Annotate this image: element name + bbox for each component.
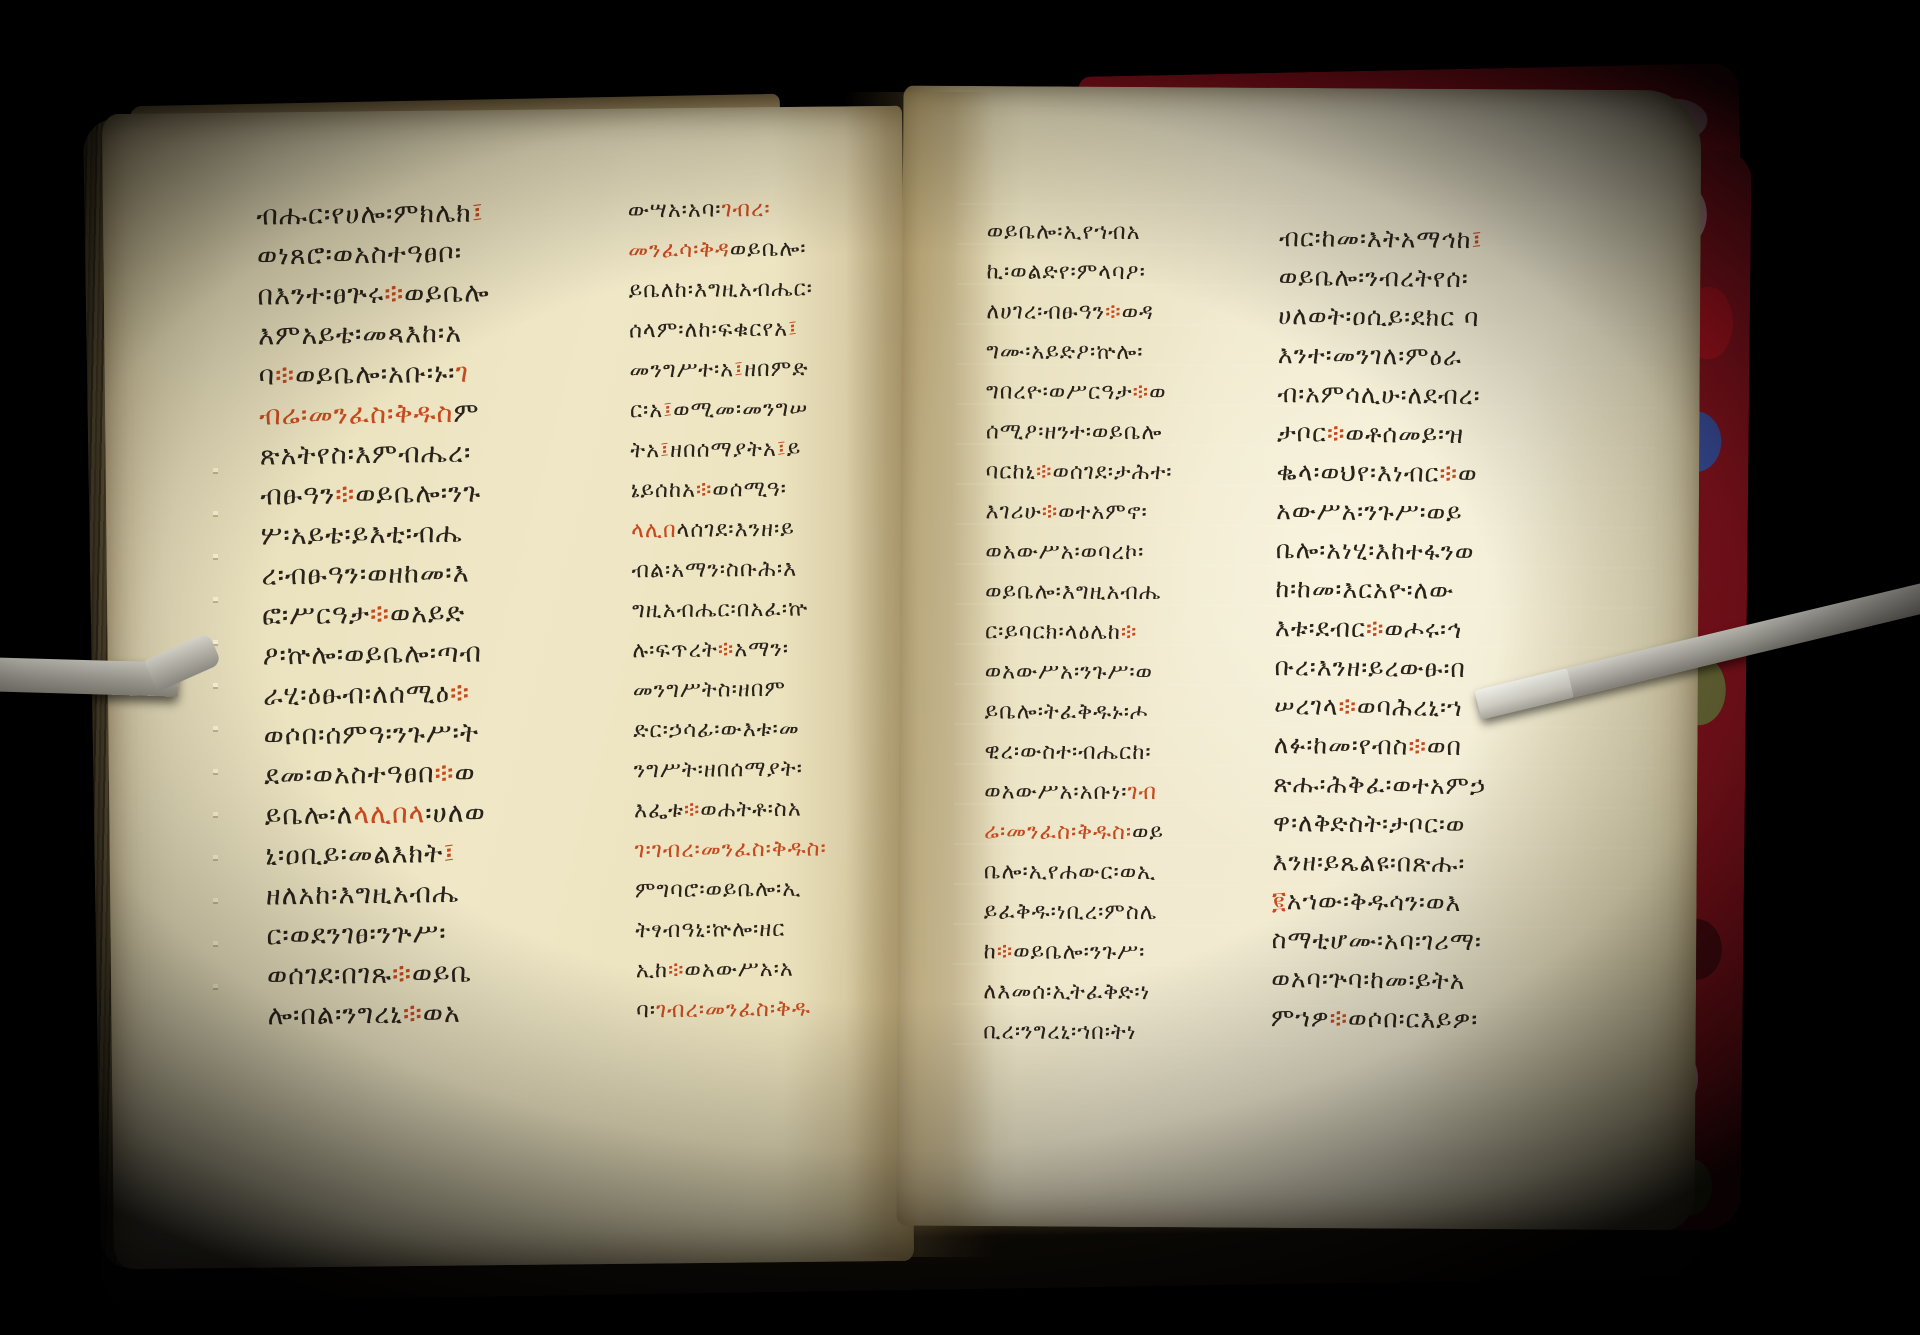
manuscript-line: ወአውሥአ፡ንጉሥ፡ወ <box>985 652 1265 693</box>
ink-text-run: ቤሎ፡አነሂ፡እከተፋንወ <box>1276 535 1475 566</box>
manuscript-line: ብል፡አማን፡ስቡሕ፡እ <box>631 549 903 592</box>
manuscript-line: ወአባ፡ጕባ፡ከመ፡ይትአ <box>1271 959 1636 1002</box>
ink-text-run: ባ <box>258 360 275 391</box>
ink-text-run: ኢከ <box>636 958 669 983</box>
rubric-text-run: ፨ <box>1042 500 1059 525</box>
manuscript-line: ኒ፡ዐቢይ፡መልእክት፤ <box>265 831 638 876</box>
rubric-text-run: ፨ <box>1105 300 1122 325</box>
manuscript-line: አውሥአ፡ንጉሥ፡ወይ <box>1276 491 1641 534</box>
ink-text-run: ትአ <box>630 438 660 463</box>
ink-text-run: እፌቱ <box>634 798 684 824</box>
ink-text-run: ወይቤሎ፡ንጉ <box>355 478 481 511</box>
manuscript-line: ደመ፡ወአስተዓፀበ፨ወ <box>264 751 637 796</box>
ink-text-run: ቡረ፡እንዘ፡ይረውፁ፡በ <box>1274 652 1465 683</box>
manuscript-line: እንተ፡መንገለ፡ምዕራ <box>1278 335 1643 378</box>
ink-text-run: ንግሥት፡ዘበሰማያት፡ <box>634 757 803 784</box>
ink-text-run: ምኀዎ <box>1271 1003 1330 1033</box>
ink-text-run: ይቤሎ፡ለ <box>265 799 354 831</box>
manuscript-line: ብሬ፡መንፈስ፡ቅዱስም <box>259 391 632 436</box>
manuscript-line: ይፈቅዱ፡ነቢረ፡ምስሌ <box>984 892 1264 933</box>
ink-text-run: ወአውሥአ፡ወባረኮ፡ <box>985 539 1144 565</box>
rubric-text-run: ላሊበ <box>631 518 677 543</box>
ink-text-run: ረ፡ብፁዓን፡ወዘከመ፡እ <box>261 558 470 592</box>
rubric-text-run: ፨ <box>450 678 470 709</box>
manuscript-line: ቈላ፡ወህየ፡እነብር፨ወ <box>1276 452 1641 495</box>
rubric-text-run: ፤ <box>663 398 673 423</box>
manuscript-line: ዊረ፡ውስተ፡ብሔርከ፡ <box>984 732 1264 773</box>
ink-text-run: ታቦር <box>1277 418 1327 448</box>
ink-text-run: እንዘ፡ይጼልዩ፡በጽሑ፡ <box>1272 847 1465 878</box>
manuscript-line: ዋ፡ለቅድስት፡ታቦር፡ወ <box>1273 803 1638 846</box>
manuscript-line: ብፁዓን፨ወይቤሎ፡ንጉ <box>260 471 633 516</box>
rubric-text-run: ፤ <box>443 838 456 869</box>
ink-text-run: ወይቤሎ፡ንጉሥ፡ <box>1013 940 1145 966</box>
manuscript-line: ግዚአብሔር፡በአፈ፡ኵ <box>632 589 904 632</box>
rubric-text-run: ፨ <box>1439 459 1458 488</box>
ink-text-run: ወአውሥአ፡አቡነ፡ <box>984 779 1127 805</box>
manuscript-line: መንፈሳ፡ቅዳወይቤሎ፡ <box>628 229 900 272</box>
manuscript-line: ር፡አ፤ወሚመ፡መንግሠ <box>630 389 902 432</box>
ink-text-run: ኔይሰከአ <box>631 478 696 504</box>
manuscript-line: እቱ፡ደብር፨ወሖሩ፡ኅ <box>1275 608 1640 651</box>
rubric-text-run: ገብረ፡ <box>721 197 770 223</box>
ink-text-run: መንግሥትስ፡ዘበም <box>633 677 786 704</box>
ink-text-run: ብ፡አምሳሊሁ፡ለደብረ፡ <box>1277 379 1480 410</box>
ink-text-run: ዘበሰማያትአ <box>670 437 777 463</box>
rubric-text-run: ፤ <box>788 317 798 342</box>
manuscript-line: ቤሎ፡ኢየሐውር፡ወኢ <box>984 852 1264 893</box>
rubric-text-run: ፪ <box>1272 886 1287 915</box>
ink-text-run: ወይቤ <box>412 958 473 990</box>
ink-text-run: ውሣአ፡አባ፡ <box>628 197 722 223</box>
ink-text-run: ሎ፡በል፡ንግረኒ <box>267 999 403 1032</box>
rubric-text-run: ፨ <box>1036 460 1053 485</box>
manuscript-line: ሉ፡ፍጥረት፨አማን፡ <box>632 629 904 672</box>
rubric-text-run: ፨ <box>668 958 685 983</box>
manuscript-line: እፌቱ፨ወሐትቶ፡ስአ <box>634 789 906 832</box>
manuscript-line: ግሙ፡አይድዖ፡ኵሎ፡ <box>986 332 1266 373</box>
ink-text-run: ሰላም፡ለከ፡ፍቁርየአ <box>629 317 788 344</box>
ink-text-run: ብር፡ከመ፡እትአማኅከ <box>1279 223 1472 254</box>
ink-text-run: ወይ <box>1132 820 1164 845</box>
ink-text-run: ወይቤሎ፡ <box>730 237 807 263</box>
ink-text-run: ይ <box>787 437 802 462</box>
ink-text-run: ሉ፡ፍጥረት <box>632 638 718 664</box>
ink-text-run: ትፃብዓኒ፡ኵሎ፡ዘር <box>635 917 785 944</box>
ink-text-run: ቈላ፡ወህየ፡እነብር <box>1276 457 1439 488</box>
manuscript-line: እንዘ፡ይጼልዩ፡በጽሑ፡ <box>1272 842 1637 885</box>
manuscript-line: ትአ፤ዘበሰማያትአ፤ይ <box>630 429 902 472</box>
ink-text-run: ወአ <box>423 998 461 1030</box>
manuscript-line: ኪ፡ወልድየ፡ምላባዖ፡ <box>986 252 1266 293</box>
ink-text-run: ወዳ <box>1122 300 1154 325</box>
ink-text-run: ወባሕረኒ፡ኀ <box>1357 692 1463 722</box>
manuscript-line: ሬ፡መንፈስ፡ቅዱስ፡ወይ <box>984 812 1264 853</box>
ink-text-run: ሠረገላ <box>1274 691 1339 721</box>
ink-text-run: ይቤለከ፡እግዚአብሔር፡ <box>629 277 814 304</box>
ink-text-run: ዘለአከ፡እግዚአብሔ <box>266 878 460 912</box>
rubric-text-run: ፤ <box>777 437 787 462</box>
ink-text-run: ከ፡ከመ፡እርአዮ፡ለው <box>1275 574 1454 605</box>
manuscript-line: ምኀዎ፨ወሶበ፡ርእይዎ፡ <box>1271 998 1636 1041</box>
rubric-text-run: ፨ <box>335 479 355 510</box>
rubric-text-run: ፨ <box>1408 731 1427 760</box>
manuscript-line: ቤሎ፡አነሂ፡እከተፋንወ <box>1276 530 1641 573</box>
ink-text-run: አኀው፡ቅዱሳን፡ወእ <box>1287 886 1462 917</box>
ink-text-run: ወአይድ <box>390 598 466 630</box>
manuscript-line: ራሂ፡ዕፁብ፡ለሰሚዕ፨ <box>263 671 636 716</box>
manuscript-line: ትፃብዓኒ፡ኵሎ፡ዘር <box>635 909 907 952</box>
manuscript-line: ለእመሰ፡ኢትፈቅድ፡ነ <box>983 972 1263 1013</box>
ink-text-run: ቢረ፡ንግረኒ፡ኀበ፡ትነ <box>983 1019 1136 1045</box>
manuscript-line: ወሰገደ፡በገጹ፨ወይቤ <box>267 951 640 996</box>
ink-text-run: በእንተ፡ፀጕሩ <box>257 279 384 312</box>
manuscript-line: ወአውሥአ፡ወባረኮ፡ <box>985 532 1265 573</box>
ink-text-run: ወሚመ፡መንግሠ <box>673 397 808 423</box>
manuscript-line: ወይቤሎ፡እግዚአብሔ <box>985 572 1265 613</box>
manuscript-line: ከ፡ከመ፡እርአዮ፡ለው <box>1275 569 1640 612</box>
rubric-text-run: ገብ <box>1127 780 1157 805</box>
manuscript-line: ር፡ወደንገፀ፡ንጕሥ፡ <box>266 911 639 956</box>
ink-text-run: ለፉ፡ከመ፡የብስ <box>1274 730 1409 760</box>
rubric-text-run: ፨ <box>434 758 454 789</box>
manuscript-line: ግበረዮ፡ወሥርዓታ፨ወ <box>986 372 1266 413</box>
ink-text-run: ራሂ፡ዕፁብ፡ለሰሚዕ <box>263 678 450 712</box>
manuscript-line: ወይቤሎ፡ንብረትየሰ፡ <box>1278 257 1643 300</box>
rubric-text-run: ፨ <box>1121 620 1138 645</box>
ink-text-run: ብል፡አማን፡ስቡሕ፡እ <box>631 557 797 584</box>
manuscript-line: ገ፡ገብረ፡መንፈስ፡ቅዱስ፡ <box>634 829 906 872</box>
ink-text-run: ለእመሰ፡ኢትፈቅድ፡ነ <box>983 979 1150 1005</box>
manuscript-line: ምግባሮ፡ወይቤሎ፡ኢ <box>635 869 907 912</box>
ink-text-run: ላሰገደ፡እንዘ፡ይ <box>676 517 794 543</box>
manuscript-line: በእንተ፡ፀጕሩ፨ወይቤሎ <box>257 271 630 316</box>
ink-text-run: አውሥአ፡ንጉሥ፡ወይ <box>1276 496 1463 527</box>
ink-text-run: አማን፡ <box>734 637 789 663</box>
ink-text-run: ወአውሥአ፡አ <box>684 957 793 983</box>
rubric-text-run: ሬ፡መንፈስ፡ቅዱስ፡ <box>984 819 1132 845</box>
ink-text-run: ወአባ፡ጕባ፡ከመ፡ይትአ <box>1271 964 1465 995</box>
ink-text-run: ወአውሥአ፡ንጉሥ፡ወ <box>985 659 1153 685</box>
ink-text-run: ወይቤሎ፡ንብረትየሰ፡ <box>1279 262 1469 293</box>
ink-text-run: ግሙ፡አይድዖ፡ኵሎ፡ <box>986 339 1143 365</box>
manuscript-line: ባ፨ወይቤሎ፡አቡ፡ኑ፡ገ <box>258 351 631 396</box>
ink-text-run: ሀለወት፡ዐሲይ፡ደክር ባ <box>1278 301 1479 332</box>
ink-text-run: ወቶሰመይ፡ዝ <box>1345 419 1464 449</box>
manuscript-line: ሰሚዖ፡ዘንተ፡ወይቤሎ <box>986 412 1266 453</box>
ink-text-run: ወተአምኖ፡ <box>1058 500 1148 525</box>
ink-text-run: ወሰገደ፡በገጹ <box>267 959 392 992</box>
ink-text-run: ዋ፡ለቅድስት፡ታቦር፡ወ <box>1273 808 1466 839</box>
ink-text-run: ፎ፡ሥርዓታ <box>262 599 370 632</box>
ink-text-run: ግዚአብሔር፡በአፈ፡ኵ <box>632 597 808 624</box>
manuscript-line: ፪አኀው፡ቅዱሳን፡ወእ <box>1272 881 1637 924</box>
rubric-text-run: ፤ <box>472 197 485 228</box>
ink-text-run: ወበ <box>1427 732 1462 761</box>
manuscript-line: እገሪሁ፨ወተአምኖ፡ <box>985 492 1265 533</box>
manuscript-line: ስማቲሆሙ፡አባ፡ገሪማ፡ <box>1272 920 1637 963</box>
manuscript-line: ረ፡ብፁዓን፡ወዘከመ፡እ <box>261 551 634 596</box>
ink-text-run: ደመ፡ወአስተዓፀበ <box>264 758 435 791</box>
ink-text-run: ወሐትቶ፡ስአ <box>700 797 802 823</box>
ink-text-run: ድር፡ኃሳፊ፡ውእቱ፡መ <box>633 717 800 744</box>
manuscript-line: ጽሑ፡ሕቅፈ፡ወተአምኃ <box>1273 764 1638 807</box>
text-column-1: ብሑር፡የሀሎ፡ምክሌክ፤ወነጸሮ፡ወአስተዓፀቦ፡በእንተ፡ፀጕሩ፨ወይቤሎእ… <box>256 191 640 1036</box>
manuscript-line: ዘለአከ፡እግዚአብሔ <box>266 871 639 916</box>
ink-text-run: ከ <box>984 939 997 964</box>
manuscript-line: ብሑር፡የሀሎ፡ምክሌክ፤ <box>256 191 629 236</box>
rubric-text-run: ብሬ፡መንፈስ፡ቅዱስ <box>259 398 454 432</box>
rubric-text-run: መንፈሳ፡ቅዳ <box>628 237 730 263</box>
ink-text-run: መንግሥተ፡አ <box>629 357 734 383</box>
manuscript-line: ከ፨ወይቤሎ፡ንጉሥ፡ <box>984 932 1264 973</box>
ink-text-run: ወይቤሎ፡እግዚአብሔ <box>985 579 1161 605</box>
pricking-holes <box>213 468 218 1008</box>
rubric-text-run: ፨ <box>718 637 735 662</box>
ink-text-run: ዖ፡ኵሎ፡ወይቤሎ፡ጣብ <box>262 638 482 672</box>
manuscript-line: ኔይሰከአ፨ወሰሚዓ፡ <box>631 469 903 512</box>
ink-text-run: ር፡ወደንገፀ፡ንጕሥ፡ <box>266 918 447 952</box>
manuscript-line: ሦ፡አይቴ፡ይእቲ፡ብሔ <box>261 511 634 556</box>
ink-text-run: ምግባሮ፡ወይቤሎ፡ኢ <box>635 877 802 904</box>
ink-text-run: ር፡ይባርክ፡ላዕሌከ <box>985 619 1121 645</box>
manuscript-line: ንግሥት፡ዘበሰማያት፡ <box>633 749 905 792</box>
ink-text-run: ወ <box>1149 380 1166 405</box>
rubric-text-run: ፨ <box>696 478 713 503</box>
photo-open-manuscript: ብሑር፡የሀሎ፡ምክሌክ፤ወነጸሮ፡ወአስተዓፀቦ፡በእንተ፡ፀጕሩ፨ወይቤሎእ… <box>0 0 1920 1335</box>
rubric-text-run: ፤ <box>660 438 670 463</box>
ink-text-run: እቱ፡ደብር <box>1275 613 1366 643</box>
ink-text-run: ወሰሚዓ፡ <box>712 477 787 503</box>
manuscript-line: ውሣአ፡አባ፡ገብረ፡ <box>628 189 900 232</box>
manuscript-line: መንግሥተ፡አ፤ዘበምድ <box>629 349 901 392</box>
ink-text-run: ይፈቅዱ፡ነቢረ፡ምስሌ <box>984 899 1157 925</box>
rubric-text-run: ፨ <box>1133 380 1150 405</box>
manuscript-line: ይቤሎ፡ትፈቅዱኑ፡ሖ <box>985 692 1265 733</box>
ink-text-run: ዘበምድ <box>744 357 809 383</box>
ink-text-run: ብፁዓን <box>260 480 335 512</box>
rubric-text-run: ፨ <box>1329 1004 1348 1033</box>
manuscript-line: ዖ፡ኵሎ፡ወይቤሎ፡ጣብ <box>262 631 635 676</box>
ink-text-run: ወሶበ፡ሰምዓ፡ንጉሥ፡ት <box>263 718 479 752</box>
manuscript-line: ብ፡አምሳሊሁ፡ለደብረ፡ <box>1277 374 1642 417</box>
manuscript-line: ይቤሎ፡ለላሊበላ፡ሀለወ <box>265 791 638 836</box>
manuscript-line: ቢረ፡ንግረኒ፡ኀበ፡ትነ <box>983 1012 1263 1053</box>
rubric-text-run: ገ <box>455 358 469 389</box>
manuscript-line: ወነጸሮ፡ወአስተዓፀቦ፡ <box>257 231 630 276</box>
ink-text-run: ፡ሀለወ <box>425 797 486 829</box>
manuscript-line: ወአውሥአ፡አቡነ፡ገብ <box>984 772 1264 813</box>
ink-text-run: ወይቤሎ <box>404 277 490 309</box>
rubric-text-run: ላሊበላ <box>353 798 425 830</box>
ink-text-run: ባ፡ <box>636 998 656 1023</box>
manuscript-line: ባርከኒ፨ወሰገደ፡ታሕተ፡ <box>986 452 1266 493</box>
ink-text-run: ብሑር፡የሀሎ፡ምክሌክ <box>256 198 472 232</box>
ink-text-run: ሰሚዖ፡ዘንተ፡ወይቤሎ <box>986 419 1163 445</box>
manuscript-line: ላሊበላሰገደ፡እንዘ፡ይ <box>631 509 903 552</box>
ink-text-run: ወ <box>1458 459 1478 488</box>
ink-text-run: እንተ፡መንገለ፡ምዕራ <box>1278 340 1462 371</box>
manuscript-line: ለሀገረ፡ብፁዓን፨ወዳ <box>986 292 1266 333</box>
ink-text-run: ወሶበ፡ርእይዎ፡ <box>1348 1004 1478 1034</box>
text-column-3: ወይቤሎ፡ኢየኀብአኪ፡ወልድየ፡ምላባዖ፡ለሀገረ፡ብፁዓን፨ወዳግሙ፡አይድ… <box>983 212 1267 1053</box>
rubric-text-run: ፨ <box>275 360 295 391</box>
manuscript-line: ወሶበ፡ሰምዓ፡ንጉሥ፡ት <box>263 711 636 756</box>
ink-text-run: ም <box>453 398 480 429</box>
ink-text-run: ኪ፡ወልድየ፡ምላባዖ፡ <box>987 259 1146 285</box>
ink-text-run: ሦ፡አይቴ፡ይእቲ፡ብሔ <box>261 518 463 552</box>
rubric-text-run: ገ፡ገብረ፡መንፈስ፡ቅዱስ፡ <box>634 836 826 863</box>
rubric-text-run: ፨ <box>370 599 390 630</box>
ink-text-run: ወሰገደ፡ታሕተ፡ <box>1052 460 1172 486</box>
ink-text-run: ኒ፡ዐቢይ፡መልእክት <box>265 838 443 871</box>
ink-text-run: ወይቤሎ፡አቡ፡ኑ፡ <box>295 358 456 391</box>
rubric-text-run: ፤ <box>734 357 744 382</box>
ink-text-run: ጽሑ፡ሕቅፈ፡ወተአምኃ <box>1273 769 1486 800</box>
ink-text-run: እምአይቴ፡መጻእከ፡አ <box>258 318 462 352</box>
manuscript-line: ሰላም፡ለከ፡ፍቁርየአ፤ <box>629 309 901 352</box>
ink-text-run: ጽአትየስ፡እምብሔረ፡ <box>260 438 472 472</box>
ink-text-run: ወሖሩ፡ኅ <box>1384 614 1462 644</box>
rubric-text-run: ፨ <box>1366 614 1385 643</box>
rubric-text-run: ፨ <box>384 279 404 310</box>
ink-text-run: ስማቲሆሙ፡አባ፡ገሪማ፡ <box>1272 925 1482 956</box>
rubric-text-run: ፨ <box>392 959 412 990</box>
manuscript-line: ድር፡ኃሳፊ፡ውእቱ፡መ <box>633 709 905 752</box>
manuscript-line: ይቤለከ፡እግዚአብሔር፡ <box>628 269 900 312</box>
ink-text-run: ር፡አ <box>630 398 664 423</box>
ink-text-run: ቤሎ፡ኢየሐውር፡ወኢ <box>984 859 1156 885</box>
manuscript-line: እምአይቴ፡መጻእከ፡አ <box>258 311 631 356</box>
ink-text-run: ወ <box>454 758 476 789</box>
manuscript-line: ሀለወት፡ዐሲይ፡ደክር ባ <box>1278 296 1643 339</box>
manuscript-line: ብር፡ከመ፡እትአማኅከ፤ <box>1279 218 1644 261</box>
rubric-text-run: ፨ <box>1338 692 1357 721</box>
ink-text-run: ወይቤሎ፡ኢየኀብአ <box>987 219 1141 245</box>
manuscript-line: ጽአትየስ፡እምብሔረ፡ <box>260 431 633 476</box>
manuscript-line: ኢከ፨ወአውሥአ፡አ <box>636 949 908 992</box>
manuscript-line: ፎ፡ሥርዓታ፨ወአይድ <box>262 591 635 636</box>
manuscript-line: ሎ፡በል፡ንግረኒ፨ወአ <box>267 991 640 1036</box>
rubric-text-run: ገብረ፡መንፈስ፡ቅዱ <box>656 997 811 1024</box>
ink-text-run: ዊረ፡ውስተ፡ብሔርከ፡ <box>984 739 1151 765</box>
manuscript-line: ወይቤሎ፡ኢየኀብአ <box>987 212 1267 253</box>
rubric-text-run: ፨ <box>997 939 1014 964</box>
ink-text-run: ወነጸሮ፡ወአስተዓፀቦ፡ <box>257 238 463 272</box>
ink-text-run: ግበረዮ፡ወሥርዓታ <box>986 379 1133 405</box>
manuscript-line: ታቦር፨ወቶሰመይ፡ዝ <box>1277 413 1642 456</box>
rubric-text-run: ፨ <box>684 798 701 823</box>
manuscript-line: ር፡ይባርክ፡ላዕሌከ፨ <box>985 612 1265 653</box>
ink-text-run: እገሪሁ <box>985 499 1041 524</box>
manuscript-line: መንግሥትስ፡ዘበም <box>633 669 905 712</box>
rubric-text-run: ፨ <box>1327 419 1346 448</box>
rubric-text-run: ፤ <box>1471 225 1483 254</box>
manuscript-line: ለፉ፡ከመ፡የብስ፨ወበ <box>1274 725 1639 768</box>
ink-text-run: ይቤሎ፡ትፈቅዱኑ፡ሖ <box>985 699 1149 725</box>
rubric-text-run: ፨ <box>403 998 423 1029</box>
text-column-2: ውሣአ፡አባ፡ገብረ፡መንፈሳ፡ቅዳወይቤሎ፡ይቤለከ፡እግዚአብሔር፡ሰላም፡… <box>628 189 909 1032</box>
ink-text-run: ባርከኒ <box>986 459 1036 484</box>
ink-text-run: ለሀገረ፡ብፁዓን <box>986 299 1105 325</box>
text-column-4: ብር፡ከመ፡እትአማኅከ፤ወይቤሎ፡ንብረትየሰ፡ሀለወት፡ዐሲይ፡ደክር ባእ… <box>1271 218 1645 1041</box>
manuscript-line: ባ፡ገብረ፡መንፈስ፡ቅዱ <box>636 989 908 1032</box>
